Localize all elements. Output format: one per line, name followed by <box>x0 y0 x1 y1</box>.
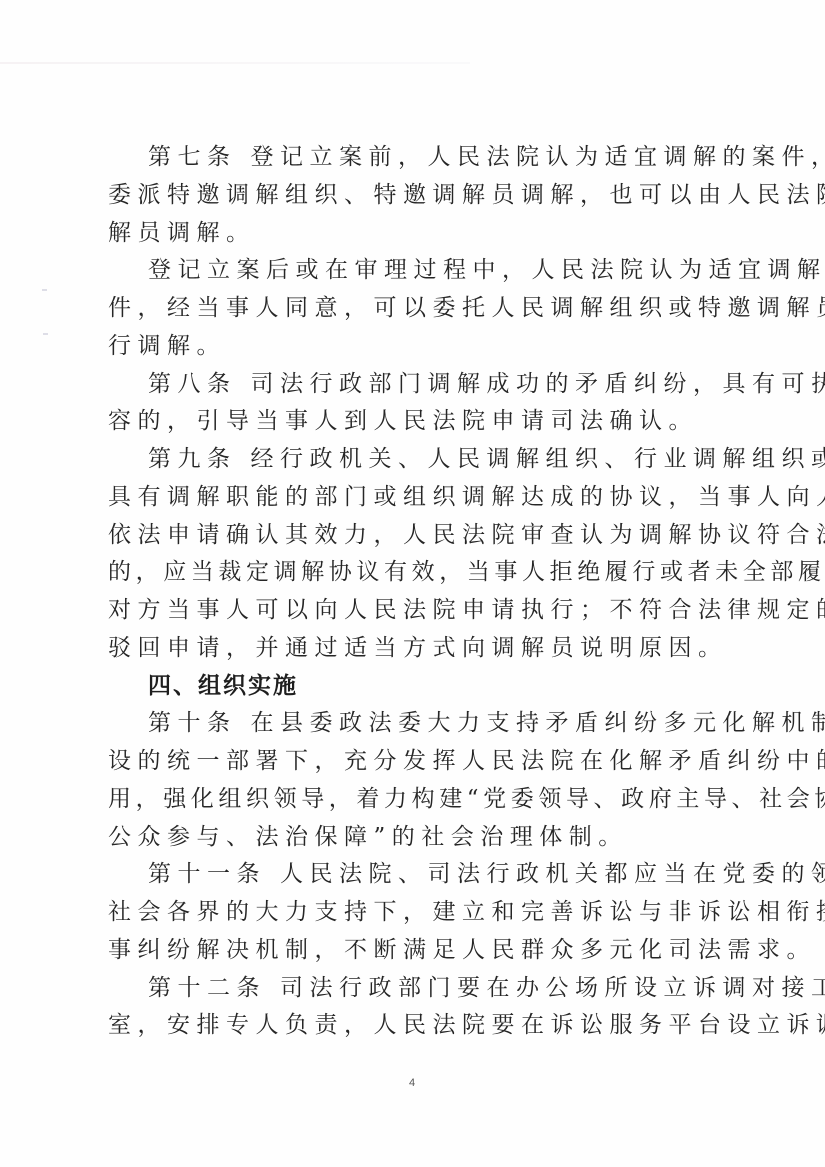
article-number: 第七条 <box>148 144 237 170</box>
document-page: 第七条登记立案前，人民法院认为适宜调解的案件，可以 委派特邀调解组织、特邀调解员… <box>0 0 825 1167</box>
paragraph-line: 依法申请确认其效力，人民法院审查认为调解协议符合法律规定 <box>108 517 738 555</box>
paragraph-line: 的，应当裁定调解协议有效，当事人拒绝履行或者未全部履行的， <box>108 554 738 592</box>
paragraph-line: 具有调解职能的部门或组织调解达成的协议，当事人向人民法院 <box>108 479 738 517</box>
page-number: 4 <box>409 1077 415 1089</box>
paragraph-line: 驳回申请，并通过适当方式向调解员说明原因。 <box>108 630 738 668</box>
paragraph-line: 用，强化组织领导，着力构建“党委领导、政府主导、社会协同、 <box>108 781 738 819</box>
paragraph-line: 委派特邀调解组织、特邀调解员调解，也可以由人民法院专职调 <box>108 177 738 215</box>
paragraph-line: 行调解。 <box>108 328 738 366</box>
scan-artifact-line <box>0 62 470 64</box>
paragraph-line: 第十一条人民法院、司法行政机关都应当在党委的领导和 <box>108 856 738 894</box>
article-number: 第八条 <box>148 371 237 397</box>
paragraph-line: 对方当事人可以向人民法院申请执行；不符合法律规定的，裁定 <box>108 592 738 630</box>
paragraph-line: 容的，引导当事人到人民法院申请司法确认。 <box>108 403 738 441</box>
paragraph-line: 件，经当事人同意，可以委托人民调解组织或特邀调解员协助进 <box>108 290 738 328</box>
paragraph-line: 设的统一部署下，充分发挥人民法院在化解矛盾纠纷中的主导作 <box>108 743 738 781</box>
margin-mark <box>42 289 47 291</box>
paragraph-line: 第十二条司法行政部门要在办公场所设立诉调对接工作 <box>108 970 738 1008</box>
paragraph-line: 第八条司法行政部门调解成功的矛盾纠纷，具有可执行内 <box>108 366 738 404</box>
article-number: 第九条 <box>148 446 237 472</box>
paragraph-line: 登记立案后或在审理过程中，人民法院认为适宜调解的案 <box>108 252 738 290</box>
article-number: 第十条 <box>148 710 237 736</box>
paragraph-line: 第十条在县委政法委大力支持矛盾纠纷多元化解机制建 <box>108 705 738 743</box>
article-number: 第十二条 <box>148 975 266 1001</box>
paragraph-line: 事纠纷解决机制，不断满足人民群众多元化司法需求。 <box>108 932 738 970</box>
paragraph-line: 第七条登记立案前，人民法院认为适宜调解的案件，可以 <box>108 139 738 177</box>
article-number: 第十一条 <box>148 861 266 887</box>
body-text: 第七条登记立案前，人民法院认为适宜调解的案件，可以 委派特邀调解组织、特邀调解员… <box>108 139 738 1045</box>
paragraph-line: 公众参与、法治保障”的社会治理体制。 <box>108 819 738 857</box>
paragraph-line: 第九条经行政机关、人民调解组织、行业调解组织或其他 <box>108 441 738 479</box>
paragraph-line: 室，安排专人负责，人民法院要在诉讼服务平台设立诉调对接中 <box>108 1007 738 1045</box>
section-heading: 四、组织实施 <box>108 668 738 706</box>
paragraph-line: 社会各界的大力支持下，建立和完善诉讼与非诉讼相衔接的民商 <box>108 894 738 932</box>
paragraph-line: 解员调解。 <box>108 215 738 253</box>
margin-mark <box>43 333 48 335</box>
